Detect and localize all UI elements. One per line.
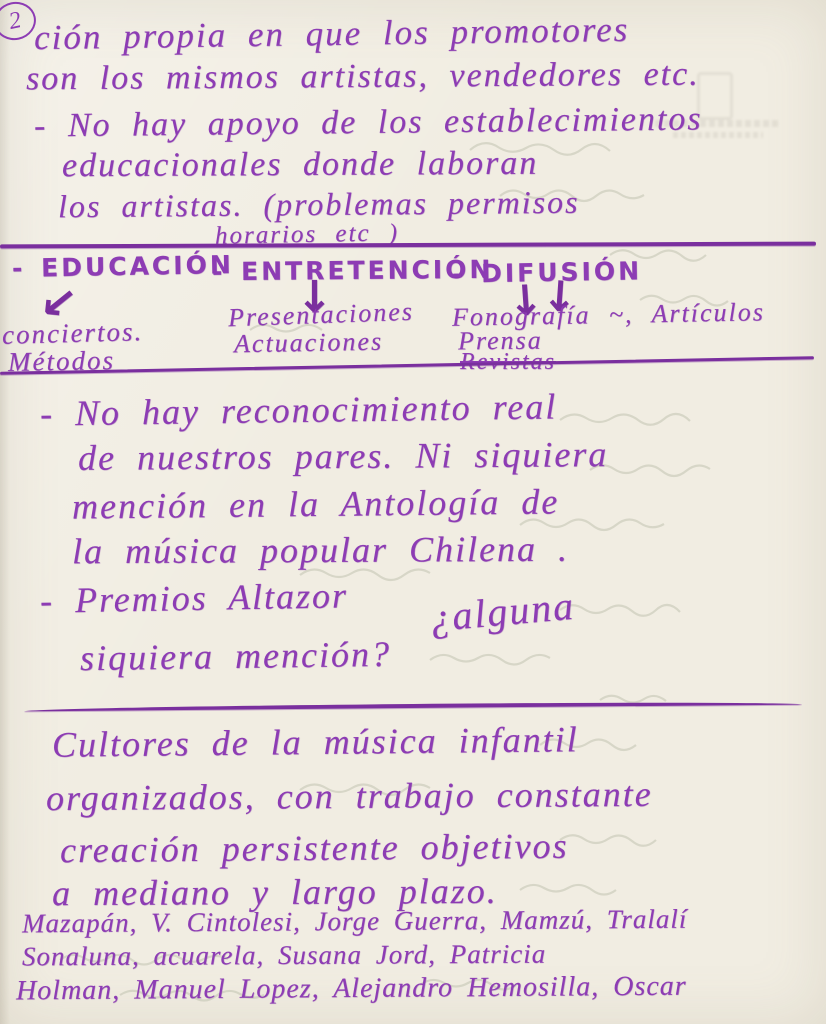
- handwriting-line-names-2: Sonaluna, acuarela, Susana Jord, Patrici…: [22, 941, 546, 971]
- handwriting-line-cultores-1: Cultores de la música infantil: [52, 721, 579, 763]
- handwriting-line-intro-2: son los mismos artistas, vendedores etc.: [26, 58, 700, 97]
- handwriting-line-names-3: Holman, Manuel Lopez, Alejandro Hemosill…: [16, 973, 687, 1006]
- handwriting-line-cultores-3: creación persistente objetivos: [60, 828, 569, 868]
- section-divider: [24, 701, 802, 712]
- handwriting-line-cultores-2: organizados, con trabajo constante: [46, 776, 653, 816]
- entretencion-item: Actuaciones: [234, 329, 384, 358]
- handwriting-line-recognition-1: - No hay reconocimiento real: [40, 388, 558, 431]
- handwriting-line-support-2: educacionales donde laboran: [62, 147, 538, 183]
- handwriting-line-support-1: - No hay apoyo de los establecimientos: [34, 103, 703, 144]
- handwriting-line-support-3: los artistas. (problemas permisos: [58, 186, 580, 223]
- section-divider: [0, 242, 816, 249]
- scanned-notebook-page: 2 ción propia en que los promotores son …: [0, 0, 826, 1024]
- entretencion-item: Presentaciones: [228, 299, 415, 331]
- handwriting-line-premios-1: - Premios Altazor: [40, 577, 349, 618]
- handwriting-line-intro-1: ción propia en que los promotores: [34, 12, 630, 55]
- handwriting-line-premios-2: ¿alguna: [429, 586, 577, 638]
- handwriting-line-recognition-3: mención en la Antología de: [72, 483, 560, 524]
- handwriting-line-premios-3: siquiera mención?: [80, 636, 391, 676]
- educacion-item: conciertos.: [2, 318, 144, 349]
- handwriting-line-recognition-2: de nuestros pares. Ni siquiera: [78, 436, 609, 476]
- handwriting-line-recognition-4: la música popular Chilena .: [72, 531, 569, 570]
- section-divider: [0, 356, 814, 375]
- handwriting-line-names-1: Mazapán, V. Cintolesi, Jorge Guerra, Mam…: [22, 906, 687, 938]
